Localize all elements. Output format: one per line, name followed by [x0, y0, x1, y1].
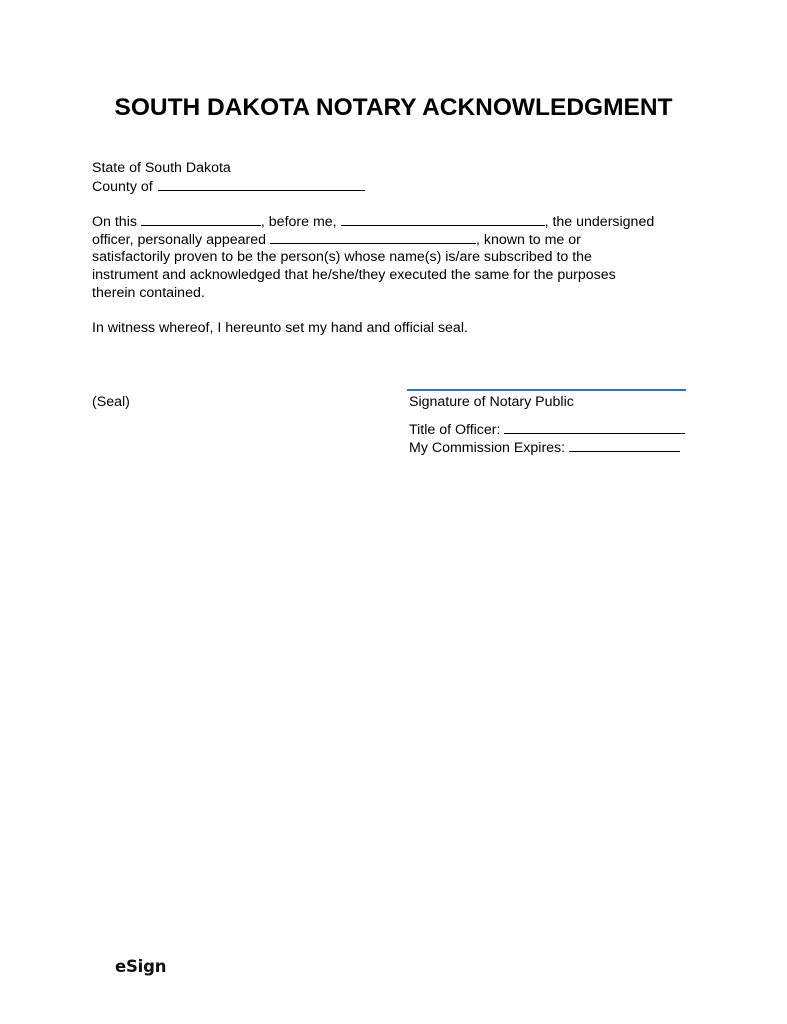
notary-signature-line[interactable] — [407, 389, 686, 391]
body-line-1: On this , before me, , the undersigned — [92, 212, 654, 231]
title-of-officer-field[interactable] — [504, 420, 685, 434]
witness-text: In witness whereof, I hereunto set my ha… — [92, 319, 468, 337]
title-of-officer-label: Title of Officer: — [409, 422, 500, 438]
commission-expires-field[interactable] — [569, 438, 680, 452]
commission-expires-label: My Commission Expires: — [409, 440, 565, 456]
seal-label: (Seal) — [92, 393, 130, 411]
date-field[interactable] — [141, 212, 261, 226]
on-this-text: On this — [92, 214, 137, 230]
county-field[interactable] — [158, 177, 365, 191]
signer-name-field[interactable] — [270, 230, 476, 244]
officer-name-field[interactable] — [341, 212, 545, 226]
esign-logo: eSign — [115, 957, 166, 976]
commission-row: My Commission Expires: — [409, 438, 680, 457]
undersigned-text: , the undersigned — [545, 214, 655, 230]
signature-label: Signature of Notary Public — [409, 393, 574, 411]
appeared-text: officer, personally appeared — [92, 232, 266, 248]
county-label: County of — [92, 179, 153, 195]
body-line-5: therein contained. — [92, 284, 205, 302]
county-row: County of — [92, 177, 365, 196]
document-title: SOUTH DAKOTA NOTARY ACKNOWLEDGMENT — [0, 93, 787, 123]
body-line-2: officer, personally appeared , known to … — [92, 230, 581, 249]
known-text: , known to me or — [476, 232, 581, 248]
before-me-text: , before me, — [261, 214, 337, 230]
title-of-officer-row: Title of Officer: — [409, 420, 685, 439]
body-line-3: satisfactorily proven to be the person(s… — [92, 248, 592, 266]
state-line: State of South Dakota — [92, 159, 231, 177]
body-line-4: instrument and acknowledged that he/she/… — [92, 266, 616, 284]
